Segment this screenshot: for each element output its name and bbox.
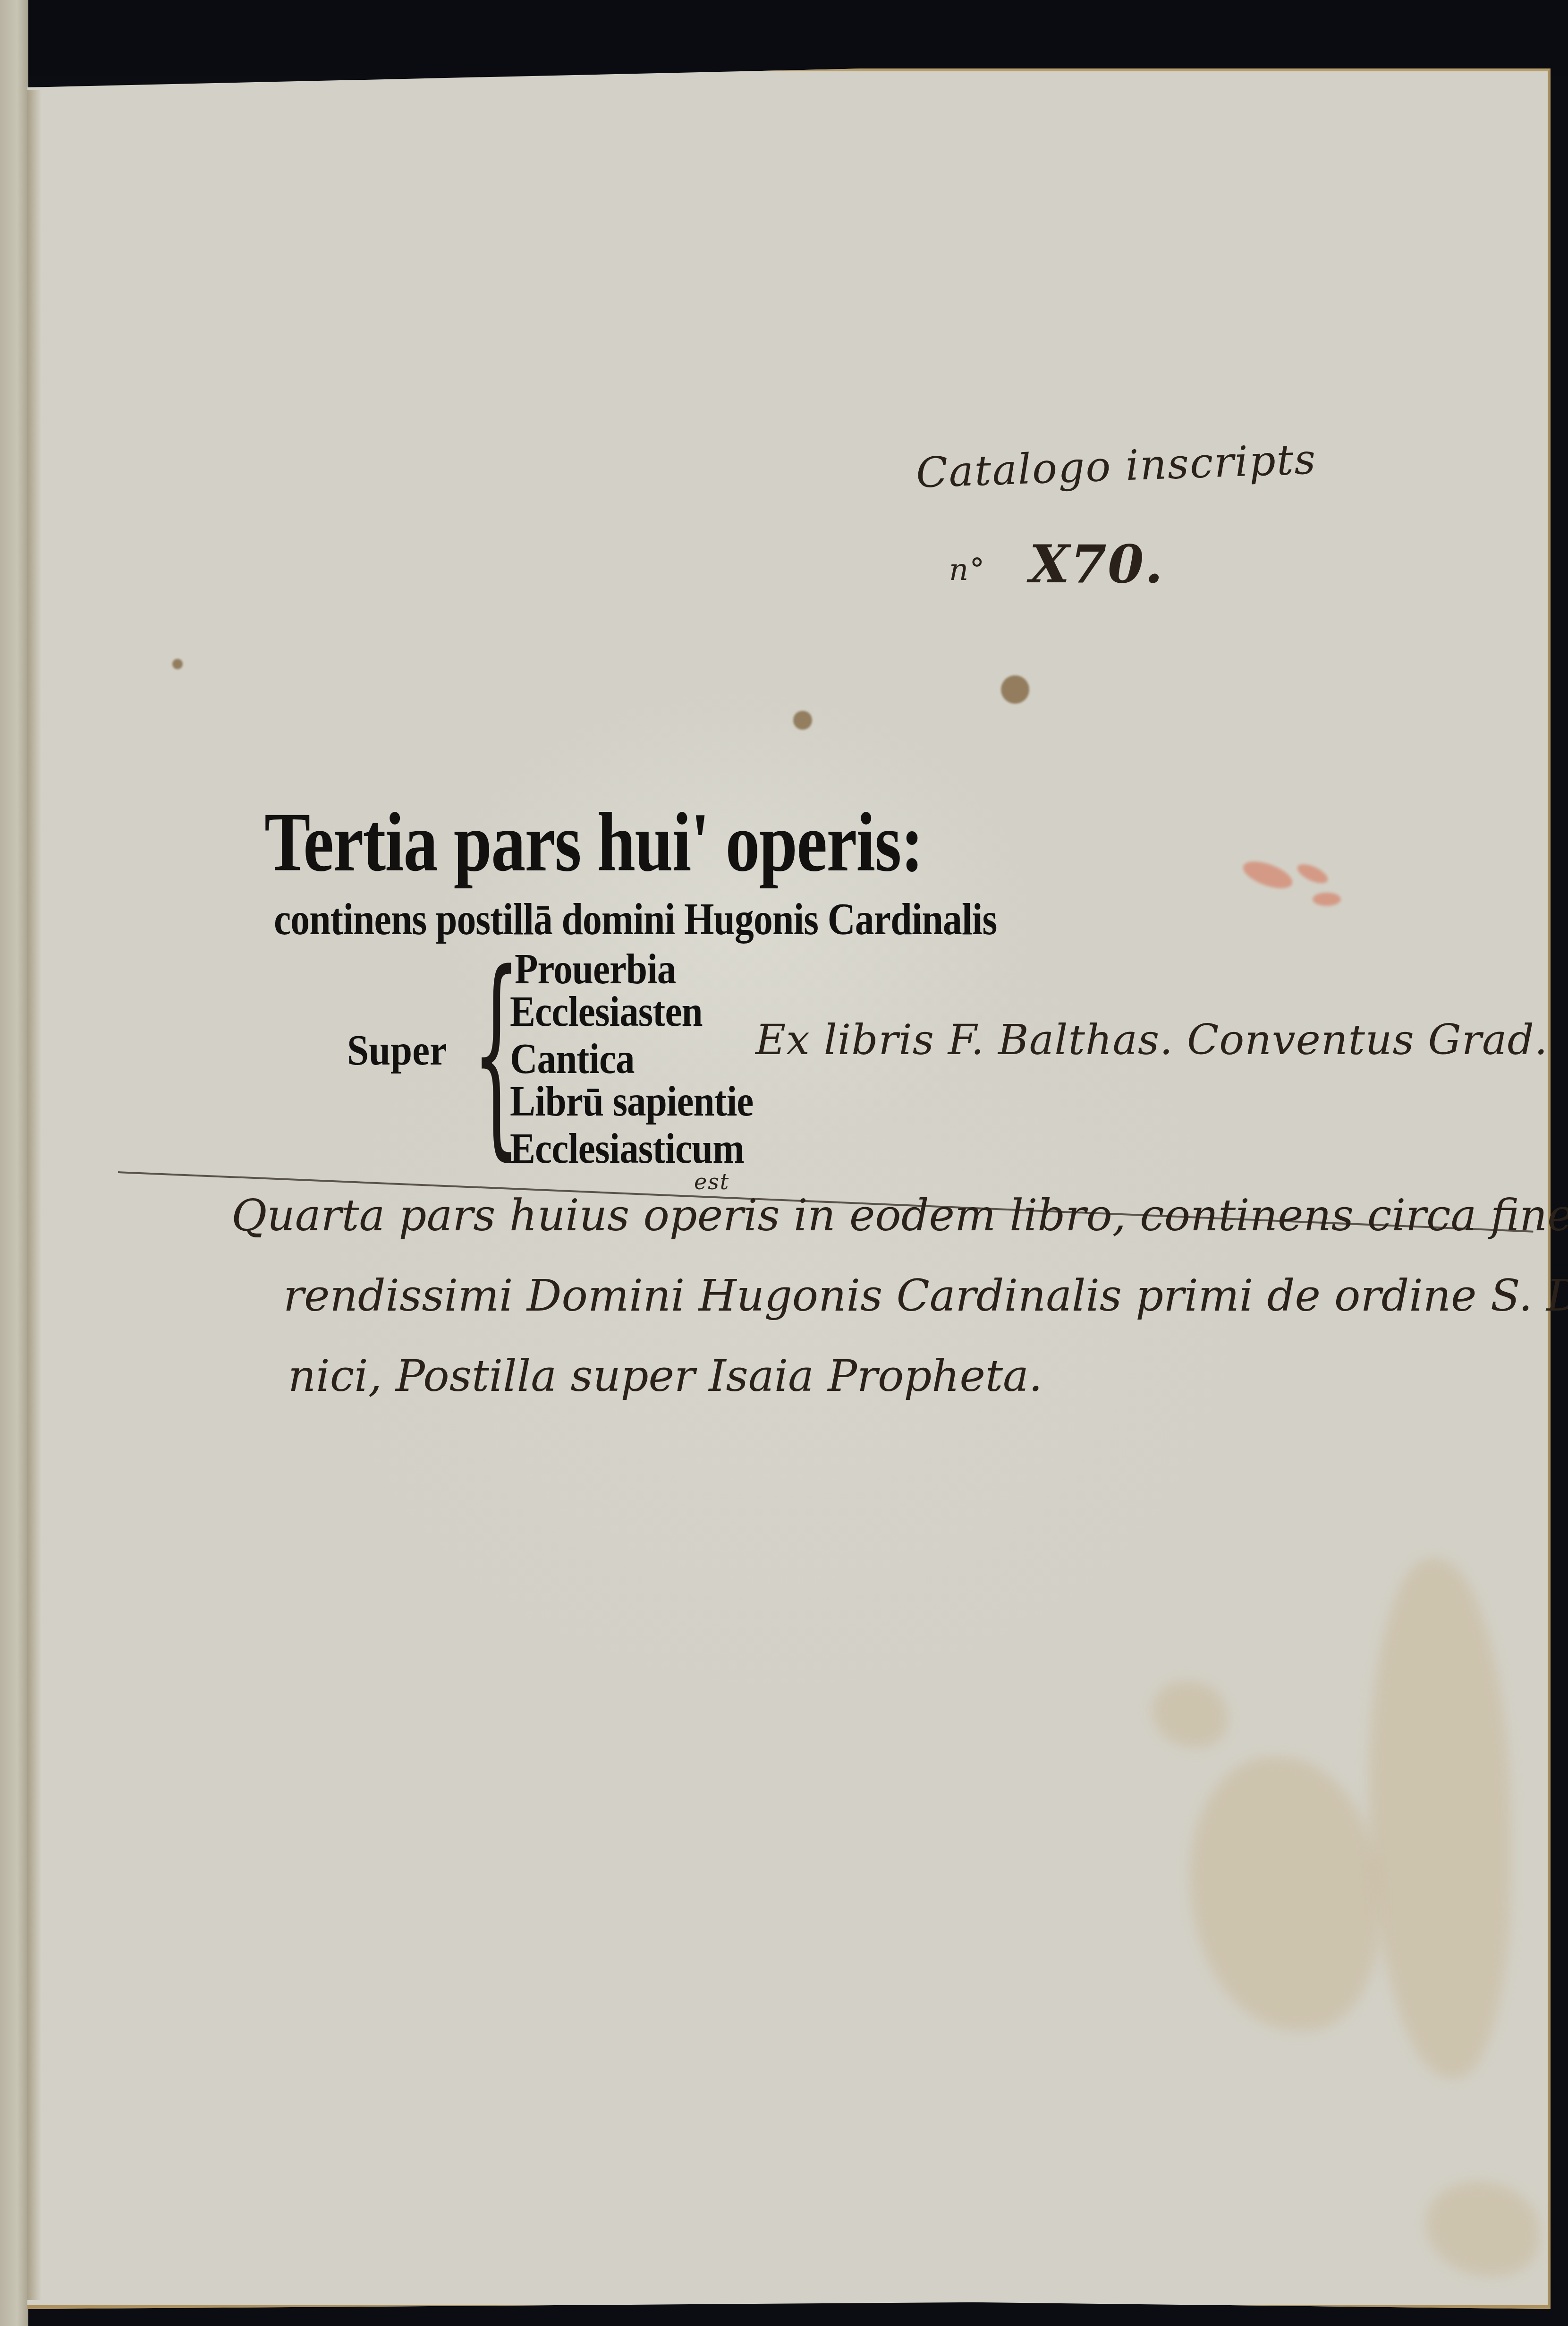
book-item: Librū sapientie xyxy=(510,1079,753,1123)
red-pigment-stain xyxy=(1313,893,1341,906)
manuscript-note-line: rendissimi Domini Hugonis Cardinalis pri… xyxy=(283,1270,1568,1321)
gutter-shadow xyxy=(27,90,42,2300)
printed-headline: Tertia pars hui' operis: xyxy=(264,793,923,891)
manuscript-note-line: nici, Postilla super Isaia Propheta. xyxy=(288,1351,1043,1401)
printed-subline: continens postillā domini Hugonis Cardin… xyxy=(274,893,997,945)
preceding-leaf-edge xyxy=(0,0,28,2326)
ownership-inscription: Ex libris F. Balthas. Conventus Grad. xyxy=(755,1015,1548,1064)
book-item: Cantica xyxy=(510,1037,635,1080)
book-item: Ecclesiasten xyxy=(510,989,703,1033)
foxing-spot xyxy=(172,659,183,669)
super-label: Super xyxy=(347,1025,447,1075)
book-item: Prouerbia xyxy=(515,947,676,990)
shelfmark-note-prefix: n° xyxy=(949,553,985,588)
shelfmark-number: X70. xyxy=(1029,534,1164,595)
foxing-spot xyxy=(1001,675,1029,704)
foxing-spot xyxy=(793,711,812,730)
book-item: Ecclesiasticum xyxy=(510,1126,744,1170)
scan-background xyxy=(0,0,1568,76)
manuscript-note-line: Quarta pars huius operis in eodem libro,… xyxy=(231,1190,1568,1241)
